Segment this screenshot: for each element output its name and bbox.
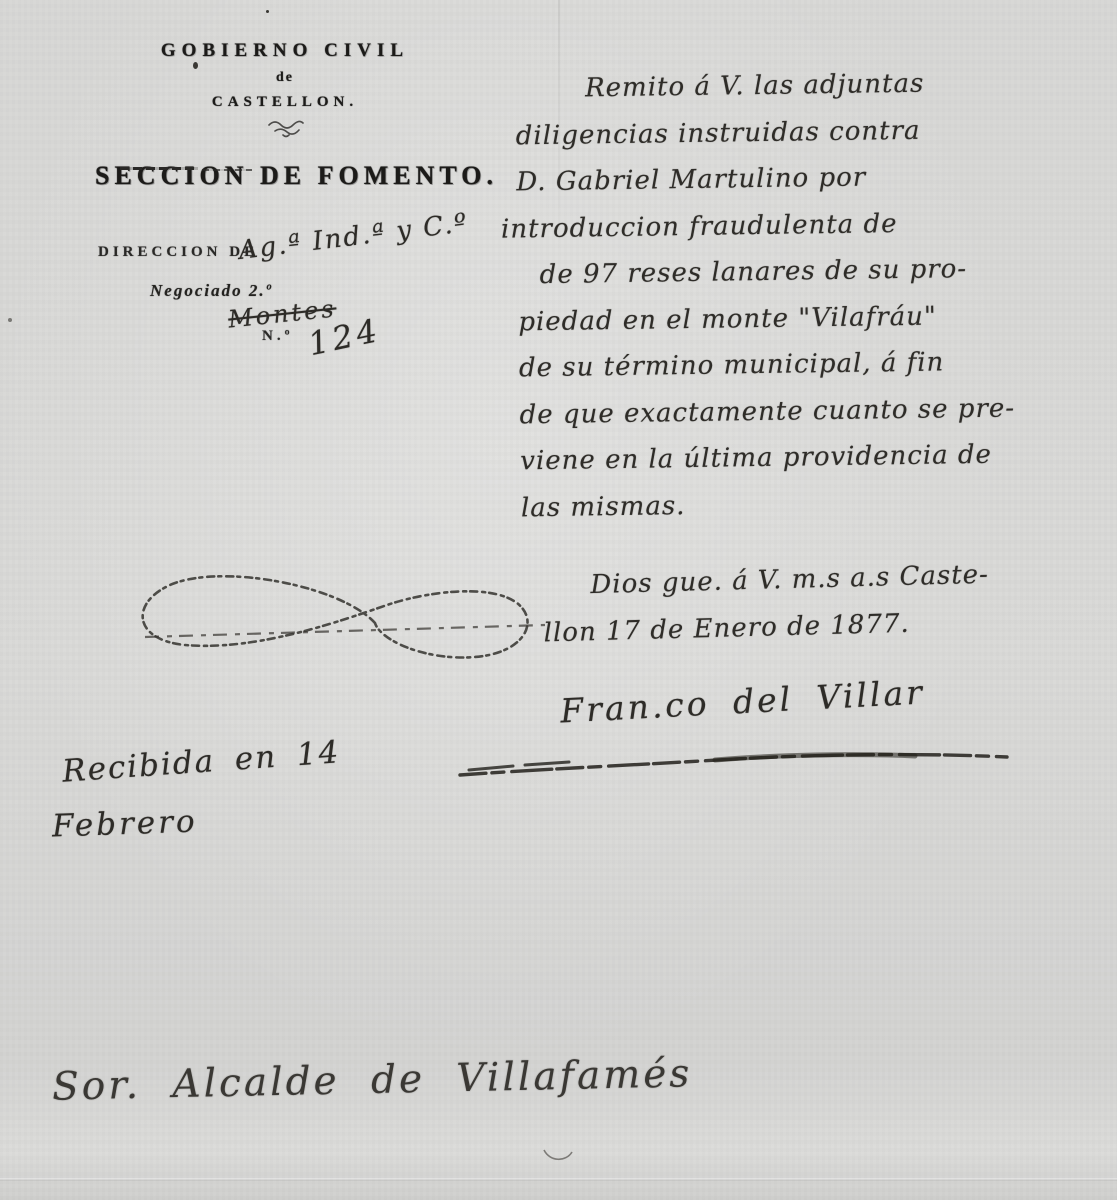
ink-speck <box>8 318 12 322</box>
letter-closing: Dios gue. á V. m.s a.s Caste- llon 17 de… <box>504 548 1117 658</box>
body-line: de su término municipal, á fin <box>503 336 1117 392</box>
bottom-edge-mark <box>540 1146 576 1166</box>
body-line: piedad en el monte "Vilafráu" <box>502 290 1117 346</box>
negociado-label: Negociado 2.º <box>150 281 273 300</box>
body-line: introduccion fraudulenta de <box>501 197 1117 253</box>
direccion-handwritten-value: Ag.ª Ind.ª y C.º <box>237 208 470 266</box>
letterhead-de: de <box>95 70 475 86</box>
section-underline-2 <box>202 169 252 171</box>
scanned-letter-page: GOBIERNO CIVIL de CASTELLON. SECCION DE … <box>0 0 1117 1200</box>
body-line: las mismas. <box>505 476 1117 532</box>
received-note-month: Febrero <box>51 803 198 844</box>
letterhead-seccion-fomento: SECCION DE FOMENTO. <box>95 161 475 191</box>
numero-row: N.º <box>262 327 294 345</box>
section-underline <box>120 167 198 170</box>
numero-label: N.º <box>262 328 294 344</box>
received-note-dash <box>465 756 575 776</box>
body-line: de 97 reses lanares de su pro- <box>501 243 1117 299</box>
letterhead-gobierno-civil: GOBIERNO CIVIL <box>95 40 475 62</box>
body-line: D. Gabriel Martulino por <box>500 150 1117 206</box>
direccion-row: DIRECCION DE <box>98 243 258 261</box>
body-line: Remito á V. las adjuntas <box>499 57 1117 113</box>
letterhead-castellon: CASTELLON. <box>95 94 475 111</box>
paper-bottom-crease <box>0 1178 1117 1181</box>
letter-body: Remito á V. las adjuntas diligencias ins… <box>499 57 1117 531</box>
direccion-label: DIRECCION DE <box>98 244 258 260</box>
negociado-row: Negociado 2.º <box>150 281 273 301</box>
ink-speck <box>193 62 198 69</box>
ink-speck <box>266 10 269 13</box>
body-line: diligencias instruidas contra <box>499 104 1117 160</box>
letterhead-ornament-icon <box>95 117 475 139</box>
body-line: viene en la última providencia de <box>504 429 1117 485</box>
signature-francisco-del-villar: Fran.co del Villar <box>559 672 926 730</box>
rubric-flourish <box>125 545 555 690</box>
body-line: de que exactamente cuanto se pre- <box>503 383 1117 439</box>
address-alcalde-villafames: Sor. Alcalde de Villafamés <box>52 1051 693 1109</box>
received-note-date: Recibida en 14 <box>61 734 341 789</box>
signature-flourish-stroke <box>455 745 1015 785</box>
